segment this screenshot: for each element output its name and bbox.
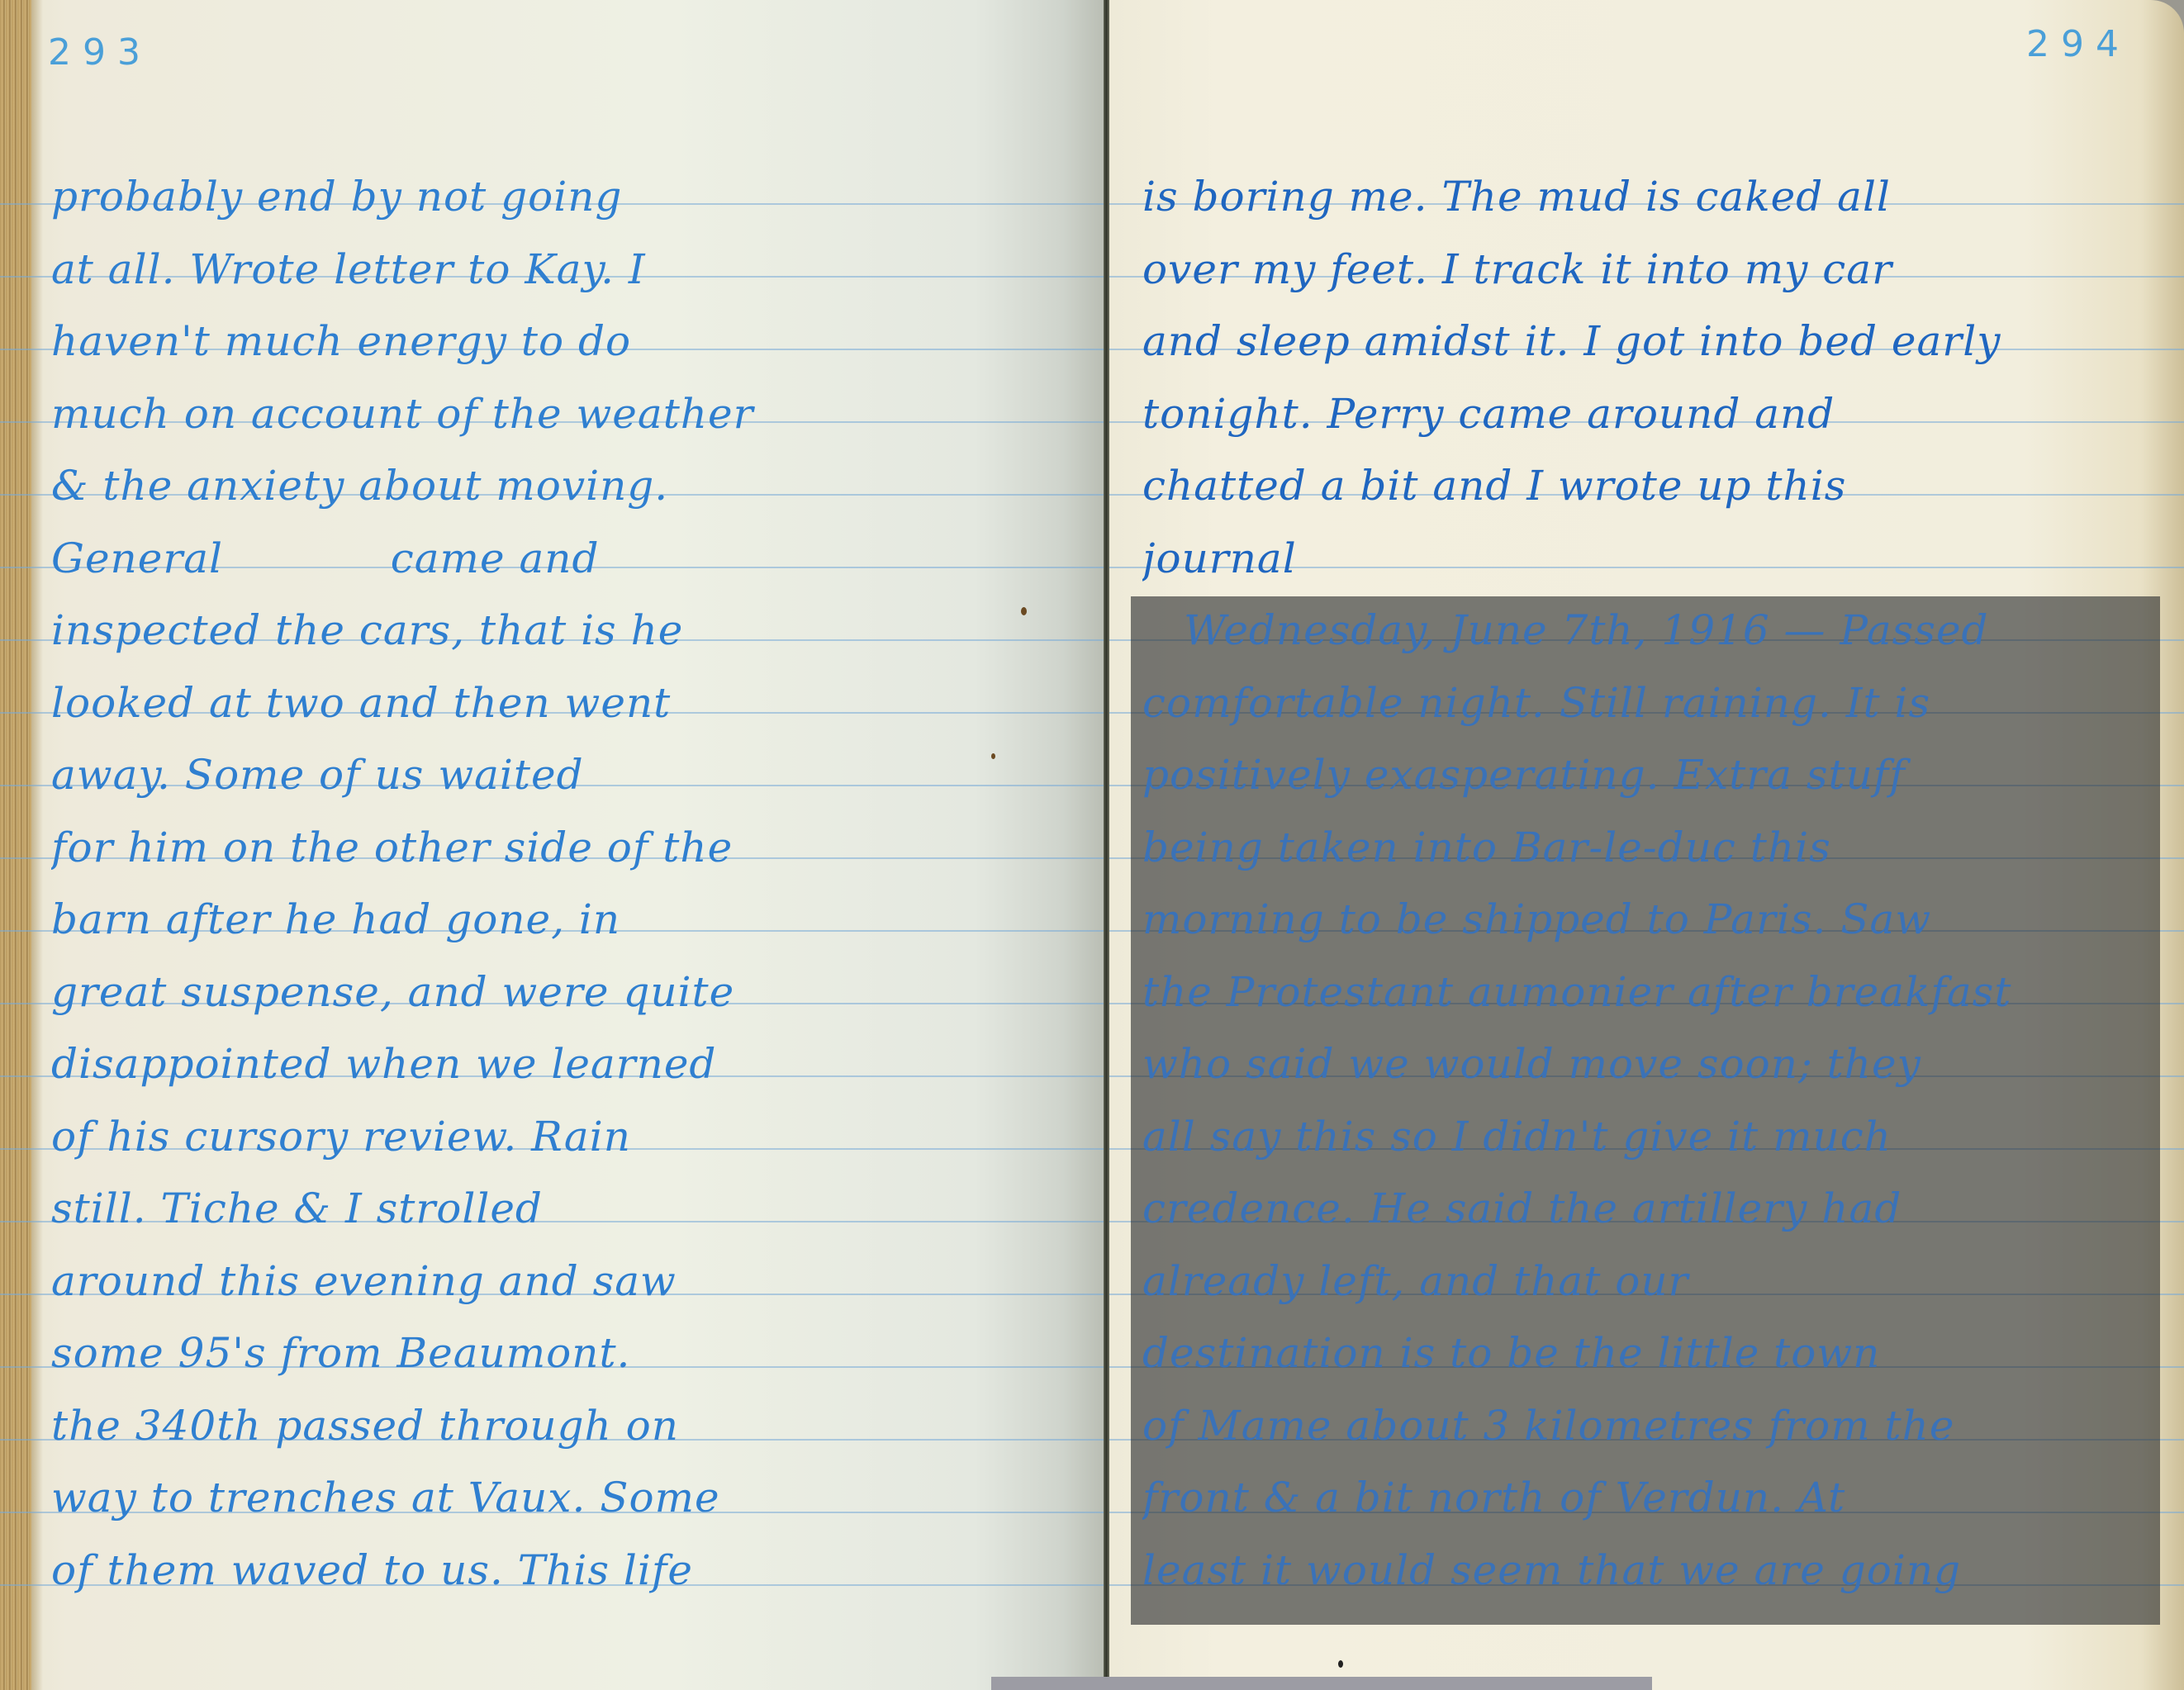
handwritten-line: much on account of the weather bbox=[51, 378, 1092, 451]
handwritten-line: of them waved to us. This life bbox=[51, 1535, 1092, 1607]
handwritten-line: probably end by not going bbox=[51, 161, 1092, 234]
handwritten-line: chatted a bit and I wrote up this bbox=[1142, 450, 2167, 523]
handwritten-line: comfortable night. Still raining. It is bbox=[1142, 667, 2150, 740]
handwritten-line: of Mame about 3 kilometres from the bbox=[1142, 1390, 2150, 1463]
ink-speck bbox=[1338, 1660, 1343, 1668]
handwritten-line: positively exasperating. Extra stuff bbox=[1142, 739, 2150, 812]
handwritten-line: & the anxiety about moving. bbox=[51, 450, 1092, 523]
handwritten-line: disappointed when we learned bbox=[51, 1028, 1092, 1101]
handwritten-line: all say this so I didn't give it much bbox=[1142, 1101, 2150, 1174]
handwritten-line: for him on the other side of the bbox=[51, 812, 1092, 885]
handwritten-line: the 340th passed through on bbox=[51, 1390, 1092, 1463]
handwritten-line: tonight. Perry came around and bbox=[1142, 378, 2167, 451]
book-gutter bbox=[1104, 0, 1109, 1690]
ink-speck bbox=[991, 753, 995, 759]
right-page-text: is boring me. The mud is caked all over … bbox=[1142, 161, 2167, 595]
handwritten-line: destination is to be the little town bbox=[1142, 1317, 2150, 1390]
handwritten-line: morning to be shipped to Paris. Saw bbox=[1142, 884, 2150, 957]
handwritten-line: General came and bbox=[51, 523, 1092, 596]
handwritten-line: least it would seem that we are going bbox=[1142, 1535, 2150, 1607]
page-bottom-shadow bbox=[991, 1677, 1652, 1690]
handwritten-line: is boring me. The mud is caked all bbox=[1142, 161, 2167, 234]
handwritten-line: of his cursory review. Rain bbox=[51, 1101, 1092, 1174]
left-page-text: probably end by not going at all. Wrote … bbox=[51, 161, 1092, 1607]
handwritten-line: inspected the cars, that is he bbox=[51, 595, 1092, 667]
journal-spread: 293 probably end by not going at all. Wr… bbox=[0, 0, 2184, 1690]
handwritten-line: looked at two and then went bbox=[51, 667, 1092, 740]
handwritten-line: barn after he had gone, in bbox=[51, 884, 1092, 957]
left-page: 293 probably end by not going at all. Wr… bbox=[0, 0, 1107, 1690]
handwritten-line: being taken into Bar-le-duc this bbox=[1142, 812, 2150, 885]
handwritten-line: still. Tiche & I strolled bbox=[51, 1173, 1092, 1246]
handwritten-line: great suspense, and were quite bbox=[51, 957, 1092, 1029]
handwritten-line: already left, and that our bbox=[1142, 1246, 2150, 1318]
handwritten-line: around this evening and saw bbox=[51, 1246, 1092, 1318]
handwritten-line: at all. Wrote letter to Kay. I bbox=[51, 234, 1092, 306]
handwritten-line: the Protestant aumonier after breakfast bbox=[1142, 957, 2150, 1029]
handwritten-line: over my feet. I track it into my car bbox=[1142, 234, 2167, 306]
ink-speck bbox=[1021, 607, 1027, 615]
page-edge-stack bbox=[0, 0, 31, 1690]
highlighted-entry: Wednesday, June 7th, 1916 — Passed comfo… bbox=[1142, 595, 2150, 1607]
page-edge-shade bbox=[31, 0, 43, 1690]
handwritten-line: credence. He said the artillery had bbox=[1142, 1173, 2150, 1246]
handwritten-line: journal bbox=[1142, 523, 2167, 596]
page-number-left: 293 bbox=[48, 31, 152, 74]
handwritten-line: who said we would move soon; they bbox=[1142, 1028, 2150, 1101]
handwritten-line: and sleep amidst it. I got into bed earl… bbox=[1142, 306, 2167, 378]
handwritten-line: some 95's from Beaumont. bbox=[51, 1317, 1092, 1390]
entry-heading: Wednesday, June 7th, 1916 — Passed bbox=[1142, 595, 2150, 667]
page-number-right: 294 bbox=[2026, 23, 2130, 65]
handwritten-line: away. Some of us waited bbox=[51, 739, 1092, 812]
handwritten-line: way to trenches at Vaux. Some bbox=[51, 1462, 1092, 1535]
handwritten-line: haven't much energy to do bbox=[51, 306, 1092, 378]
handwritten-line: front & a bit north of Verdun. At bbox=[1142, 1462, 2150, 1535]
